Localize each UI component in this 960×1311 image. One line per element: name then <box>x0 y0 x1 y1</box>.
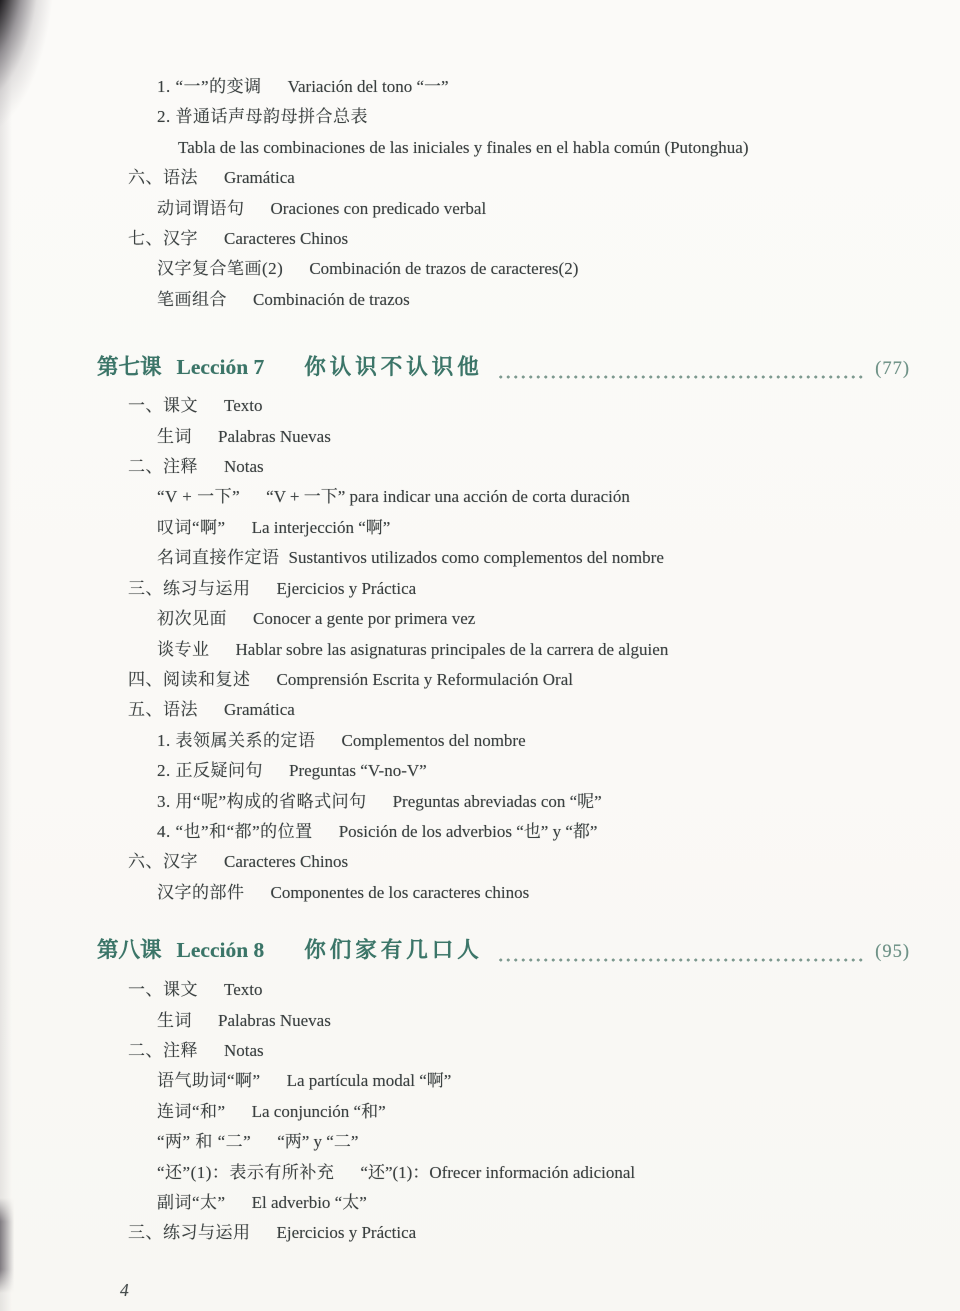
toc-line-spanish: Notas <box>224 1041 264 1060</box>
toc-line-spanish: Componentes de los caracteres chinos <box>271 883 530 902</box>
toc-line: “两” 和 “二”“两” y “二” <box>157 1127 910 1157</box>
lesson-title-chinese: 你认识不认识他 <box>304 350 483 384</box>
toc-line-chinese: 连词“和” <box>157 1102 226 1121</box>
toc-line: 名词直接作定语Sustantivos utilizados como compl… <box>157 543 910 573</box>
toc-line-chinese: 三、练习与运用 <box>128 1223 251 1242</box>
toc-line: 谈专业Hablar sobre las asignaturas principa… <box>157 635 910 665</box>
toc-line-chinese: 汉字复合笔画(2) <box>157 259 283 278</box>
toc-line-spanish: Caracteres Chinos <box>224 229 348 248</box>
toc-line-spanish: Variación del tono “一” <box>288 77 449 96</box>
toc-line: 汉字复合笔画(2)Combinación de trazos de caract… <box>157 254 910 284</box>
toc-line-spanish: La interjección “啊” <box>252 518 391 537</box>
toc-line-chinese: 六、汉字 <box>128 852 198 871</box>
toc-line-spanish: La conjunción “和” <box>252 1102 386 1121</box>
toc-line-chinese: 三、练习与运用 <box>128 579 251 598</box>
dot-leader <box>497 958 863 962</box>
toc-line-spanish: Complementos del nombre <box>342 731 526 750</box>
toc-line: 五、语法Gramática <box>128 695 910 725</box>
lesson-8-heading: 第八课 Lección 8 你们家有几口人 (95) <box>97 933 910 969</box>
toc-line: 4. “也”和“都”的位置Posición de los adverbios “… <box>157 817 910 847</box>
toc-line-chinese: “两” 和 “二” <box>157 1132 251 1151</box>
toc-line-spanish: Texto <box>224 980 262 999</box>
toc-line-chinese: 生词 <box>157 427 192 446</box>
toc-line: 1. 表领属关系的定语Complementos del nombre <box>157 726 910 756</box>
toc-line-chinese: 六、语法 <box>128 168 198 187</box>
toc-line: 汉字的部件Componentes de los caracteres chino… <box>157 878 910 908</box>
toc-line: 四、阅读和复述Comprensión Escrita y Reformulaci… <box>128 665 910 695</box>
toc-line-chinese: 生词 <box>157 1011 192 1030</box>
toc-line: “V + 一下”“V + 一下” para indicar una acción… <box>157 482 910 512</box>
toc-line-spanish: Oraciones con predicado verbal <box>271 199 487 218</box>
dot-leader <box>497 375 863 379</box>
toc-line-spanish: Hablar sobre las asignaturas principales… <box>236 640 669 659</box>
toc-line: Tabla de las combinaciones de las inicia… <box>178 133 910 163</box>
toc-line: 生词Palabras Nuevas <box>157 422 910 452</box>
lesson-number-chinese: 第七课 <box>97 350 162 384</box>
toc-line: 叹词“啊”La interjección “啊” <box>157 513 910 543</box>
lesson-7-section: 第七课 Lección 7 你认识不认识他 (77) 一、课文Texto生词Pa… <box>97 350 910 908</box>
toc-line-spanish: Preguntas abreviadas con “呢” <box>393 792 602 811</box>
toc-line-spanish: Gramática <box>224 700 295 719</box>
toc-line: 副词“太”El adverbio “太” <box>157 1188 910 1218</box>
toc-line-spanish: Combinación de trazos de caracteres(2) <box>309 259 578 278</box>
lesson-number-chinese: 第八课 <box>97 933 162 967</box>
lesson-number-spanish: Lección 8 <box>177 933 265 967</box>
table-of-contents: 1. “一”的变调Variación del tono “一”2. 普通话声母韵… <box>0 0 960 1305</box>
toc-line-chinese: 动词谓语句 <box>157 199 245 218</box>
toc-line: 三、练习与运用Ejercicios y Práctica <box>128 1218 910 1248</box>
lesson-7-heading: 第七课 Lección 7 你认识不认识他 (77) <box>97 350 910 386</box>
toc-rows: 1. “一”的变调Variación del tono “一”2. 普通话声母韵… <box>97 72 910 315</box>
toc-line-chinese: 二、注释 <box>128 457 198 476</box>
toc-line: 三、练习与运用Ejercicios y Práctica <box>128 574 910 604</box>
toc-line: 动词谓语句Oraciones con predicado verbal <box>157 194 910 224</box>
toc-line-spanish: Posición de los adverbios “也” y “都” <box>339 822 598 841</box>
toc-line-spanish: Tabla de las combinaciones de las inicia… <box>178 138 749 157</box>
toc-line-spanish: Conocer a gente por primera vez <box>253 609 475 628</box>
toc-line-chinese: 初次见面 <box>157 609 227 628</box>
toc-line-chinese: 汉字的部件 <box>157 883 245 902</box>
toc-line-spanish: Preguntas “V-no-V” <box>289 761 427 780</box>
toc-line: 1. “一”的变调Variación del tono “一” <box>157 72 910 102</box>
toc-line: 初次见面Conocer a gente por primera vez <box>157 604 910 634</box>
toc-line-spanish: Texto <box>224 396 262 415</box>
toc-line-chinese: 二、注释 <box>128 1041 198 1060</box>
lesson-page-ref: (77) <box>875 352 910 386</box>
toc-line-chinese: 四、阅读和复述 <box>128 670 251 689</box>
toc-line: 笔画组合Combinación de trazos <box>157 285 910 315</box>
toc-line-spanish: “两” y “二” <box>277 1132 358 1151</box>
toc-line-chinese: 3. 用“呢”构成的省略式问句 <box>157 792 367 811</box>
toc-line-chinese: 叹词“啊” <box>157 518 226 537</box>
toc-line-spanish: Sustantivos utilizados como complementos… <box>289 548 664 567</box>
toc-rows: 一、课文Texto生词Palabras Nuevas二、注释Notas语气助词“… <box>97 975 910 1249</box>
toc-line-chinese: “V + 一下” <box>157 487 240 506</box>
lesson-6-continuation-section: 1. “一”的变调Variación del tono “一”2. 普通话声母韵… <box>97 72 910 315</box>
toc-line-spanish: Combinación de trazos <box>253 290 410 309</box>
toc-line-chinese: 谈专业 <box>157 640 210 659</box>
toc-line-spanish: Caracteres Chinos <box>224 852 348 871</box>
toc-line: 连词“和”La conjunción “和” <box>157 1097 910 1127</box>
page-number: 4 <box>120 1275 910 1305</box>
toc-line: 3. 用“呢”构成的省略式问句Preguntas abreviadas con … <box>157 787 910 817</box>
toc-line: 生词Palabras Nuevas <box>157 1006 910 1036</box>
toc-line-spanish: Palabras Nuevas <box>218 427 331 446</box>
scanned-book-page: 1. “一”的变调Variación del tono “一”2. 普通话声母韵… <box>0 0 960 1311</box>
toc-line-spanish: Palabras Nuevas <box>218 1011 331 1030</box>
toc-line-spanish: La partícula modal “啊” <box>287 1071 452 1090</box>
lesson-number-spanish: Lección 7 <box>177 350 265 384</box>
toc-line-spanish: Notas <box>224 457 264 476</box>
toc-line-chinese: 副词“太” <box>157 1193 226 1212</box>
toc-line-spanish: Ejercicios y Práctica <box>277 1223 417 1242</box>
lesson-8-section: 第八课 Lección 8 你们家有几口人 (95) 一、课文Texto生词Pa… <box>97 933 910 1249</box>
toc-line-chinese: 五、语法 <box>128 700 198 719</box>
toc-line: 一、课文Texto <box>128 975 910 1005</box>
toc-line-chinese: 2. 普通话声母韵母拼合总表 <box>157 107 368 126</box>
toc-line: 六、汉字Caracteres Chinos <box>128 847 910 877</box>
toc-line: 二、注释Notas <box>128 1036 910 1066</box>
toc-line: 六、语法Gramática <box>128 163 910 193</box>
lesson-title-chinese: 你们家有几口人 <box>304 933 483 967</box>
toc-line-chinese: 语气助词“啊” <box>157 1071 261 1090</box>
toc-line-spanish: El adverbio “太” <box>252 1193 367 1212</box>
toc-line: 二、注释Notas <box>128 452 910 482</box>
toc-line-spanish: Comprensión Escrita y Reformulación Oral <box>277 670 573 689</box>
lesson-page-ref: (95) <box>875 935 910 969</box>
toc-line: 2. 正反疑问句Preguntas “V-no-V” <box>157 756 910 786</box>
toc-line-spanish: Ejercicios y Práctica <box>277 579 417 598</box>
toc-line-chinese: 1. 表领属关系的定语 <box>157 731 316 750</box>
toc-line: 2. 普通话声母韵母拼合总表 <box>157 102 910 132</box>
toc-line-chinese: 笔画组合 <box>157 290 227 309</box>
toc-line-chinese: 一、课文 <box>128 396 198 415</box>
toc-line-chinese: 一、课文 <box>128 980 198 999</box>
toc-line: 一、课文Texto <box>128 391 910 421</box>
toc-line: 七、汉字Caracteres Chinos <box>128 224 910 254</box>
toc-line: 语气助词“啊”La partícula modal “啊” <box>157 1066 910 1096</box>
toc-line-spanish: “V + 一下” para indicar una acción de cort… <box>266 487 630 506</box>
toc-line: “还”(1)：表示有所补充“还”(1)：Ofrecer información … <box>157 1158 910 1188</box>
toc-line-spanish: Gramática <box>224 168 295 187</box>
toc-line-chinese: “还”(1)：表示有所补充 <box>157 1163 334 1182</box>
toc-line-chinese: 1. “一”的变调 <box>157 77 262 96</box>
toc-rows: 一、课文Texto生词Palabras Nuevas二、注释Notas“V + … <box>97 391 910 908</box>
toc-line-chinese: 4. “也”和“都”的位置 <box>157 822 313 841</box>
toc-line-chinese: 名词直接作定语 <box>157 548 280 567</box>
toc-line-chinese: 七、汉字 <box>128 229 198 248</box>
toc-line-chinese: 2. 正反疑问句 <box>157 761 263 780</box>
toc-line-spanish: “还”(1)：Ofrecer información adicional <box>360 1163 635 1182</box>
